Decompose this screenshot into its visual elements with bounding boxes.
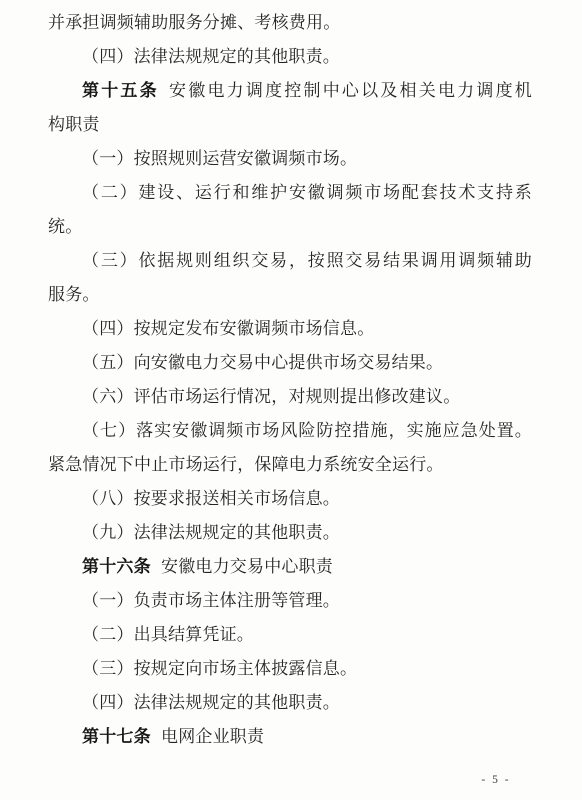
line-text: （二）出具结算凭证。 (82, 625, 254, 644)
text-line: （三）依据规则组织交易，按照交易结果调用调频辅助 (48, 244, 532, 278)
line-text: 统。 (48, 217, 82, 236)
line-text: 紧急情况下中止市场运行，保障电力系统安全运行。 (48, 455, 444, 474)
line-text: （九）法律法规规定的其他职责。 (82, 523, 340, 542)
text-line: （八）按要求报送相关市场信息。 (48, 482, 532, 516)
text-line: 并承担调频辅助服务分摊、考核费用。 (48, 6, 532, 40)
line-text: （四）按规定发布安徽调频市场信息。 (82, 319, 374, 338)
line-text: 构职责 (48, 115, 100, 134)
article-17-number: 第十七条 (82, 727, 151, 746)
line-text: （一）负责市场主体注册等管理。 (82, 591, 340, 610)
text-line: （三）按规定向市场主体披露信息。 (48, 652, 532, 686)
text-line: （四）按规定发布安徽调频市场信息。 (48, 312, 532, 346)
article-15-number: 第十五条 (82, 81, 159, 100)
text-line: （一）按照规则运营安徽调频市场。 (48, 142, 532, 176)
text-line: （二）建设、运行和维护安徽调频市场配套技术支持系 (48, 176, 532, 210)
line-text: （八）按要求报送相关市场信息。 (82, 489, 340, 508)
line-text: （四）法律法规规定的其他职责。 (82, 693, 340, 712)
text-line: （五）向安徽电力交易中心提供市场交易结果。 (48, 346, 532, 380)
text-line: 构职责 (48, 108, 532, 142)
text-line: （四）法律法规规定的其他职责。 (48, 686, 532, 720)
text-line: 紧急情况下中止市场运行，保障电力系统安全运行。 (48, 448, 532, 482)
text-line: （二）出具结算凭证。 (48, 618, 532, 652)
line-text: （三）按规定向市场主体披露信息。 (82, 659, 357, 678)
line-text: 安徽电力调度控制中心以及相关电力调度机 (169, 81, 532, 100)
text-line: （一）负责市场主体注册等管理。 (48, 584, 532, 618)
text-line: （七）落实安徽调频市场风险防控措施，实施应急处置。 (48, 414, 532, 448)
article-16-number: 第十六条 (82, 557, 151, 576)
text-line: 统。 (48, 210, 532, 244)
line-text: （一）按照规则运营安徽调频市场。 (82, 149, 357, 168)
article-16-heading-line: 第十六条安徽电力交易中心职责 (48, 550, 532, 584)
text-line: （六）评估市场运行情况，对规则提出修改建议。 (48, 380, 532, 414)
article-15-heading-line: 第十五条安徽电力调度控制中心以及相关电力调度机 (48, 74, 532, 108)
text-line: （九）法律法规规定的其他职责。 (48, 516, 532, 550)
text-line: （四）法律法规规定的其他职责。 (48, 40, 532, 74)
line-text: 服务。 (48, 285, 100, 304)
document-page: 并承担调频辅助服务分摊、考核费用。 （四）法律法规规定的其他职责。 第十五条安徽… (0, 0, 582, 800)
line-text: （五）向安徽电力交易中心提供市场交易结果。 (82, 353, 443, 372)
line-text: （二）建设、运行和维护安徽调频市场配套技术支持系 (82, 183, 532, 202)
line-text: （三）依据规则组织交易，按照交易结果调用调频辅助 (82, 251, 532, 270)
page-number: - 5 - (452, 774, 540, 786)
line-text: （六）评估市场运行情况，对规则提出修改建议。 (82, 387, 460, 406)
line-text: （四）法律法规规定的其他职责。 (82, 47, 340, 66)
line-text: 电网企业职责 (161, 727, 264, 746)
line-text: 安徽电力交易中心职责 (161, 557, 333, 576)
line-text: 并承担调频辅助服务分摊、考核费用。 (48, 13, 340, 32)
article-17-heading-line: 第十七条电网企业职责 (48, 720, 532, 754)
document-body: 并承担调频辅助服务分摊、考核费用。 （四）法律法规规定的其他职责。 第十五条安徽… (48, 6, 532, 754)
text-line: 服务。 (48, 278, 532, 312)
line-text: （七）落实安徽调频市场风险防控措施，实施应急处置。 (82, 421, 532, 440)
